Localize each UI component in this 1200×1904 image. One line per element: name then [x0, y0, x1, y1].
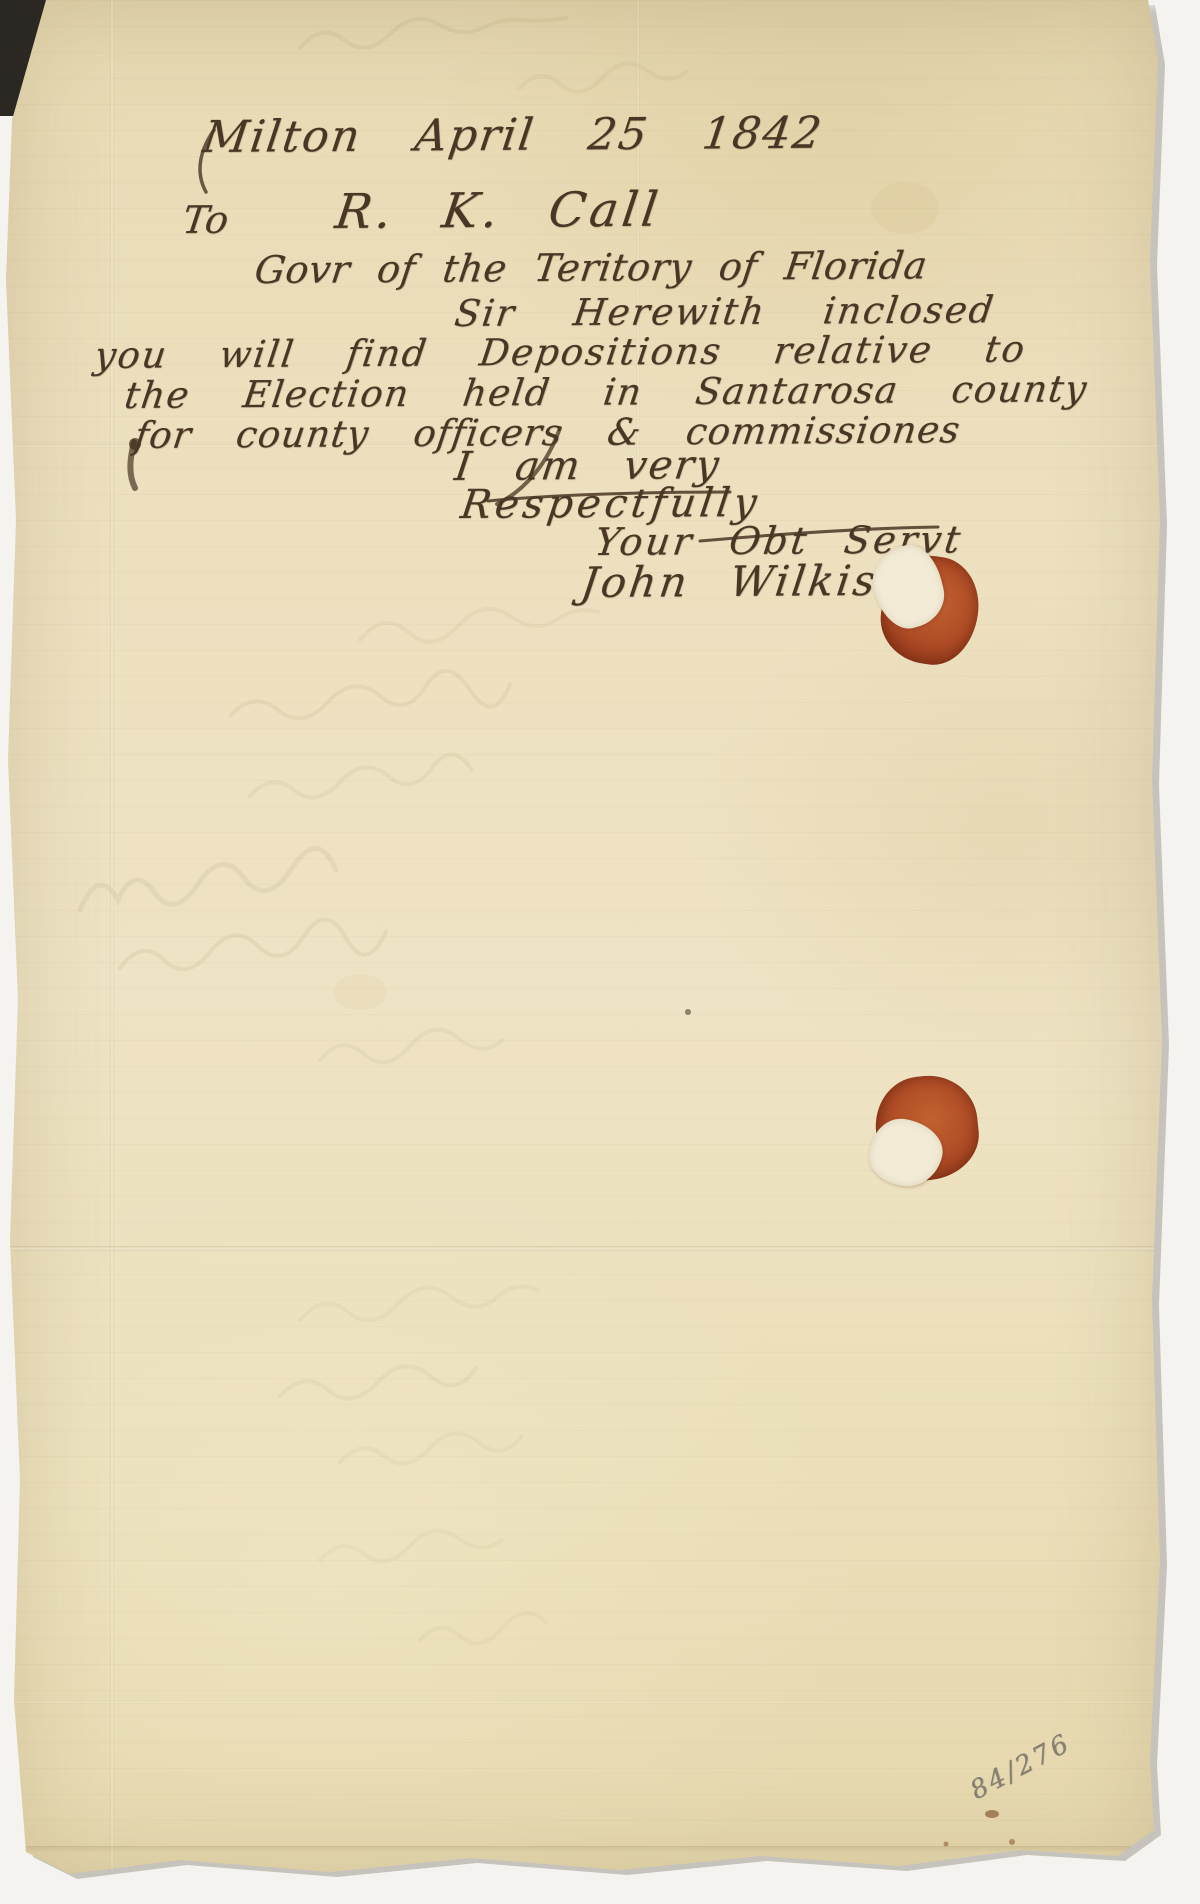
paper-speck — [944, 1842, 949, 1847]
ghost-script-stroke — [280, 1366, 476, 1398]
paper-speck — [1009, 1839, 1015, 1845]
ghost-script-stroke — [250, 754, 472, 797]
scanned-letter-page: Milton April 25 1842 To R. K. Call Govr … — [0, 0, 1200, 1904]
letter-recipient: R. K. Call — [332, 182, 665, 240]
ghost-script-stroke — [320, 1030, 502, 1063]
ghost-script-stroke — [300, 1286, 538, 1320]
paper-stain — [334, 974, 386, 1010]
ghost-script-stroke — [80, 848, 336, 910]
ghost-script-stroke — [300, 18, 566, 48]
paper-stain — [871, 182, 939, 234]
letter-to-label: To — [180, 198, 231, 242]
ghost-script-stroke — [320, 1531, 502, 1562]
paper-speck — [685, 1009, 691, 1015]
ghost-script-stroke — [230, 671, 510, 718]
ghost-script-stroke — [520, 64, 686, 92]
ghost-script-stroke — [120, 919, 386, 969]
letter-recipient-title: Govr of the Teritory of Florida — [252, 243, 930, 292]
letter-paper: Milton April 25 1842 To R. K. Call Govr … — [0, 0, 1170, 1886]
letter-dateline: Milton April 25 1842 — [200, 108, 826, 163]
ghost-script-stroke — [420, 1613, 546, 1643]
ghost-script-stroke — [360, 609, 598, 642]
paper-speck — [985, 1810, 999, 1818]
ghost-script-stroke — [340, 1433, 522, 1463]
